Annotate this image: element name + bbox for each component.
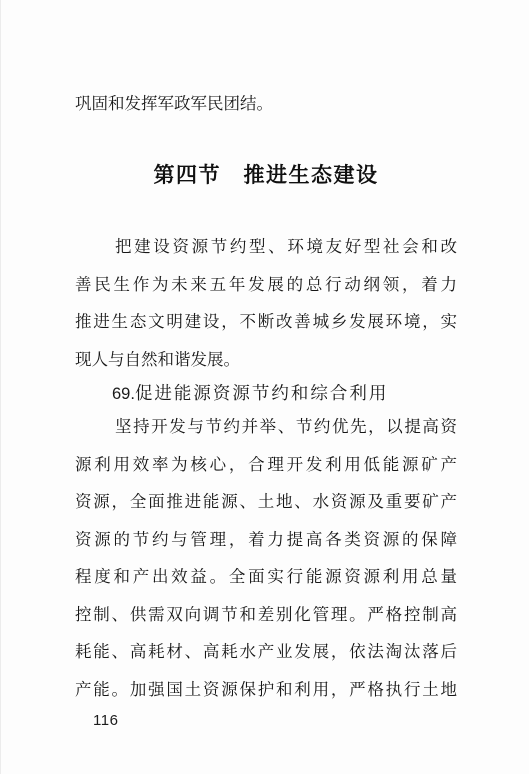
continuation-line: 巩固和发挥军政军民团结。	[75, 85, 457, 123]
text-line: 推进生态文明建设，不断改善城乡发展环境，实	[75, 303, 457, 341]
item-title: 促进能源资源节约和综合利用	[135, 383, 389, 403]
text-line: 坚持开发与节约并举、节约优先，以提高资	[75, 408, 457, 446]
text-line: 资源，全面推进能源、土地、水资源及重要矿产	[75, 483, 457, 521]
text-line: 程度和产出效益。全面实行能源资源利用总量	[75, 558, 457, 596]
text-line: 产能。加强国土资源保护和利用，严格执行土地	[75, 671, 457, 709]
text-line: 把建设资源节约型、环境友好型社会和改	[75, 228, 457, 266]
book-page: 巩固和发挥军政军民团结。 第四节 推进生态建设 把建设资源节约型、环境友好型社会…	[0, 0, 529, 774]
text-line: 控制、供需双向调节和差别化管理。严格控制高	[75, 596, 457, 634]
section-heading: 第四节 推进生态建设	[75, 160, 457, 190]
scan-edge-line	[0, 0, 1, 774]
paragraph-1: 把建设资源节约型、环境友好型社会和改 善民生作为未来五年发展的总行动纲领，着力 …	[75, 228, 457, 378]
text-line: 资源的节约与管理，着力提高各类资源的保障	[75, 521, 457, 559]
page-number: 116	[93, 712, 118, 729]
text-line: 善民生作为未来五年发展的总行动纲领，着力	[75, 266, 457, 304]
text-line: 源利用效率为核心，合理开发利用低能源矿产	[75, 446, 457, 484]
item-heading: 69.促进能源资源节约和综合利用	[75, 375, 494, 413]
paragraph-2: 坚持开发与节约并举、节约优先，以提高资 源利用效率为核心，合理开发利用低能源矿产…	[75, 408, 457, 708]
item-number: 69.	[112, 385, 135, 403]
text-line: 现人与自然和谐发展。	[75, 341, 457, 379]
text-line: 耗能、高耗材、高耗水产业发展，依法淘汰落后	[75, 633, 457, 671]
